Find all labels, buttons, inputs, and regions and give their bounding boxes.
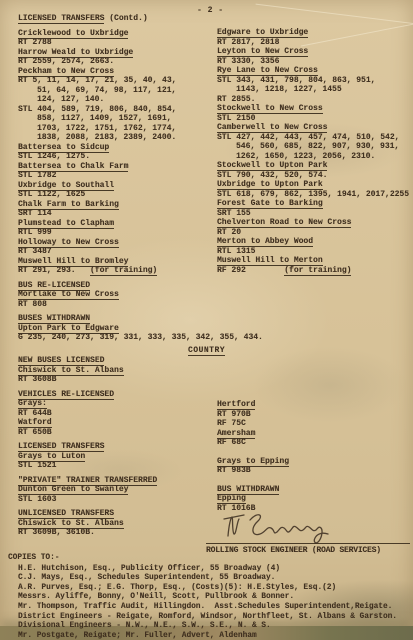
doc-line-text: RTL 999 [18,228,52,237]
doc-line: Mortlake to New Cross [18,290,204,300]
doc-line: NEW BUSES LICENSED [18,356,204,366]
doc-line: Uxbridge to Southall [18,181,204,191]
doc-line: SRT 155 [217,209,413,219]
doc-line: Camberwell to New Cross [217,123,413,133]
doc-line: RF 75C [217,419,413,429]
doc-line-text: 51, 64, 69, 74, 98, 117, 121, [37,86,176,95]
copies-header: COPIES TO:- [8,554,408,564]
doc-line: Harrow Weald to Uxbridge [18,48,204,58]
doc-line: RT 2817, 2818 [217,38,413,48]
doc-line: UNLICENSED TRANSFERS [18,509,204,519]
doc-line-text: SRT 155 [217,209,251,218]
doc-line-underlined-text: Uxbridge to Southall [18,181,114,191]
copies-line: District Engineers - Reigate, Romford, W… [18,613,408,623]
doc-line: LICENSED TRANSFERS [18,442,204,452]
doc-line-text: STL 427, 442, 443, 457, 474, 510, 542, [217,133,399,142]
country-section-header-text: COUNTRY [188,346,225,356]
doc-line: STL 1782 [18,171,204,181]
doc-line-underlined-text: Mortlake to New Cross [18,290,119,300]
copies-block: COPIES TO:- H.E. Hutchison, Esq., Public… [8,554,408,640]
doc-line-text: RT 291, 293. [18,266,90,275]
doc-line: Chiswick to St. Albans [18,366,204,376]
doc-line: STL 1603 [18,495,204,505]
doc-line-underlined-text: Watford [18,418,52,428]
doc-line: Chalk Farm to Barking [18,200,204,210]
doc-line-underlined-text: Plumstead to Clapham [18,219,114,229]
copies-line: Messrs. Ayliffe, Bonny, O'Neill, Scott, … [18,593,408,603]
doc-line-text: STL 1122, 1625 [18,190,85,199]
doc-line-underlined-text: Harrow Weald to Uxbridge [18,48,133,58]
doc-line: Amersham [217,429,413,439]
doc-line-underlined-text: Rye Lane to New Cross [217,66,318,76]
doc-line: Plumstead to Clapham [18,219,204,229]
doc-line: RT 3330, 3356 [217,57,413,67]
doc-line-text: RT 2855. [217,95,255,104]
doc-line-underlined-text: Chelverton Road to New Cross [217,218,351,228]
doc-line: RT 3609B, 3610B. [18,528,204,538]
doc-line: RF 68C [217,438,413,448]
doc-line: "PRIVATE" TRAINER TRANSFERRED [18,476,204,486]
copies-line: H.E. Hutchison, Esq., Publicity Officer,… [18,565,408,575]
doc-line: Holloway to New Cross [18,238,204,248]
doc-line-underlined-text: Grays to Epping [217,457,289,467]
doc-line-text: 124, 127, 140. [37,95,104,104]
doc-line: Muswell Hill to Merton [217,256,413,266]
doc-line-underlined-text: Stockwell to Upton Park [217,161,327,171]
paper-crease [256,4,413,26]
right-column-bottom: HertfordRT 970BRF 75CAmershamRF 68CGrays… [217,400,413,513]
doc-line-text: STL 1603 [18,495,56,504]
doc-line: Edgware to Uxbridge [217,28,413,38]
doc-line-text: RT 3487 [18,247,52,256]
doc-line-underlined-text: Grays to Luton [18,452,85,462]
doc-line: RT 3487 [18,247,204,257]
doc-line-underlined-text: Amersham [217,429,255,439]
doc-line-underlined-text: Camberwell to New Cross [217,123,327,133]
doc-line: RT 808 [18,300,204,310]
doc-line: STL 1521 [18,461,204,471]
doc-line-text: RT 2817, 2818 [217,38,279,47]
doc-line-underlined-text: BUS RE-LICENSED [18,281,90,291]
doc-line-underlined-text: BUSES WITHDRAWN [18,314,90,324]
doc-line-underlined-text: Dunton Green to Swanley [18,485,128,495]
doc-line: Epping [217,494,413,504]
doc-line-underlined-text: Cricklewood to Uxbridge [18,29,128,39]
doc-line-underlined-text: Uxbridge to Upton Park [217,180,323,190]
doc-line-text: STL 618, 679, 862, 1395, 1941, 2017,2255 [217,190,409,199]
left-column-bottom: NEW BUSES LICENSEDChiswick to St. Albans… [18,356,204,538]
doc-line: VEHICLES RE-LICENSED [18,390,204,400]
doc-line: RT 644B [18,409,204,419]
doc-line: Leyton to New Cross [217,47,413,57]
doc-line: RTL 999 [18,228,204,238]
doc-line-underlined-text: Battersea to Chalk Farm [18,162,128,172]
copies-line: Divisional Engineers - N.W., N.E., S.W.,… [18,622,408,632]
doc-line: BUS WITHDRAWN [217,485,413,495]
doc-line: STL 1246, 1275. [18,152,204,162]
doc-line: STL 2150 [217,114,413,124]
doc-line-text: RF 68C [217,438,246,447]
doc-line: RT 2855. [217,95,413,105]
doc-line: 546, 560, 685, 822, 907, 930, 931, [217,142,413,152]
doc-line: 51, 64, 69, 74, 98, 117, 121, [18,86,204,96]
doc-line: G 235, 240, 273, 319, 331, 333, 335, 342… [18,333,204,343]
doc-line: RT 5, 11, 14, 17, 21, 35, 40, 43, [18,76,204,86]
doc-line-underlined-text: Stockwell to New Cross [217,104,323,114]
doc-line: Stockwell to New Cross [217,104,413,114]
doc-line-text: 858, 1127, 1409, 1527, 1691, [37,114,171,123]
doc-line: Forest Gate to Barking [217,199,413,209]
doc-line-text: RT 983B [217,466,251,475]
doc-line: Rye Lane to New Cross [217,66,413,76]
doc-line: Hertford [217,400,413,410]
doc-line-underlined-text: Merton to Abbey Wood [217,237,313,247]
doc-line-text: RT 650B [18,428,52,437]
doc-line-underlined-text: BUS WITHDRAWN [217,485,279,495]
doc-line: RT 291, 293. (for training) [18,266,204,276]
doc-line: RF 292 (for training) [217,266,413,276]
doc-line: STL 343, 431, 798, 804, 863, 951, [217,76,413,86]
doc-line-text: RT 644B [18,409,52,418]
copies-line: C.J. Mays, Esq., Schedules Superintenden… [18,574,408,584]
doc-line: RTL 1315 [217,247,413,257]
doc-line-text: G 235, 240, 273, 319, 331, 333, 335, 342… [18,333,263,342]
doc-line-underlined-text: UNLICENSED TRANSFERS [18,509,114,519]
doc-line-text: RF 292 [217,266,284,275]
doc-line: STL 790, 432, 520, 574. [217,171,413,181]
doc-line: RT 3608B [18,375,204,385]
doc-line-underlined-text: Chiswick to St. Albans [18,519,124,529]
doc-line-underlined-text: Muswell Hill to Merton [217,256,323,266]
copies-line: Mr. Postgate, Reigate; Mr. Fuller, Adver… [18,632,408,640]
doc-line: BUS RE-LICENSED [18,281,204,291]
doc-line: RT 20 [217,228,413,238]
doc-line: Grays: [18,399,204,409]
doc-line-underlined-text: Peckham to New Cross [18,67,114,77]
doc-line: Merton to Abbey Wood [217,237,413,247]
doc-line: Peckham to New Cross [18,67,204,77]
doc-line-text: RT 3609B, 3610B. [18,528,95,537]
doc-line: RT 2559, 2574, 2663. [18,57,204,67]
doc-line: LICENSED TRANSFERS (Contd.) [18,14,204,24]
doc-line: Chelverton Road to New Cross [217,218,413,228]
doc-line: Watford [18,418,204,428]
doc-line-text: RT 20 [217,228,241,237]
doc-line-text: RT 970B [217,410,251,419]
doc-line-text: STL 790, 432, 520, 574. [217,171,327,180]
doc-line-underlined-text: Hertford [217,400,255,410]
doc-line: RT 983B [217,466,413,476]
doc-line-underlined-text: Upton Park to Edgware [18,324,119,334]
doc-line: 1703, 1722, 1751, 1762, 1774, [18,124,204,134]
doc-line-underlined-text: Grays: [18,399,47,409]
doc-line-underlined-text: Leyton to New Cross [217,47,308,57]
doc-line-underlined-text: Battersea to Sidcup [18,143,109,153]
doc-line-underlined-text: Muswell Hill to Bromley [18,257,128,267]
doc-line-text: (Contd.) [104,14,147,23]
scanned-document-page: - 2 - LICENSED TRANSFERS (Contd.)Crickle… [0,0,413,640]
doc-line-underlined-text: (for training) [90,266,157,276]
doc-line: Cricklewood to Uxbridge [18,29,204,39]
left-column-top: LICENSED TRANSFERS (Contd.)Cricklewood t… [18,14,204,343]
doc-line-underlined-text: LICENSED TRANSFERS [18,442,104,452]
doc-line: STL 404, 589, 719, 806, 840, 854, [18,105,204,115]
doc-line-underlined-text: Chiswick to St. Albans [18,366,124,376]
doc-line-text: SRT 114 [18,209,52,218]
doc-line: 124, 127, 140. [18,95,204,105]
doc-line: Battersea to Sidcup [18,143,204,153]
doc-line-text: STL 1521 [18,461,56,470]
doc-line-text: STL 404, 589, 719, 806, 840, 854, [18,105,176,114]
copies-line: A.R. Purves, Esq.; E.G. Thorp, Esq., (Co… [18,584,408,594]
doc-line: RT 2788 [18,38,204,48]
doc-line-underlined-text: Forest Gate to Barking [217,199,323,209]
doc-line-text: 1143, 1218, 1227, 1455 [236,85,342,94]
doc-line-underlined-text: Epping [217,494,246,504]
doc-line: Uxbridge to Upton Park [217,180,413,190]
doc-line-text: RF 75C [217,419,246,428]
doc-line-text: 1262, 1650, 1223, 2056, 2310. [236,152,375,161]
doc-line: Stockwell to Upton Park [217,161,413,171]
doc-line-text: RT 2559, 2574, 2663. [18,57,114,66]
doc-line: 858, 1127, 1409, 1527, 1691, [18,114,204,124]
doc-line-text: RT 3330, 3356 [217,57,279,66]
doc-line-text: 1838, 2088, 2183, 2389, 2400. [37,133,176,142]
doc-line-text: RT 808 [18,300,47,309]
doc-line: Grays to Epping [217,457,413,467]
doc-line: RT 970B [217,410,413,420]
copies-lines: H.E. Hutchison, Esq., Publicity Officer,… [8,565,408,640]
doc-line-text: STL 1782 [18,171,56,180]
doc-line-text: RT 2788 [18,38,52,47]
doc-line-underlined-text: NEW BUSES LICENSED [18,356,104,366]
doc-line: 1143, 1218, 1227, 1455 [217,85,413,95]
doc-line-text: RT 3608B [18,375,56,384]
doc-line-underlined-text: "PRIVATE" TRAINER TRANSFERRED [18,476,157,486]
doc-line: Battersea to Chalk Farm [18,162,204,172]
doc-line-underlined-text: VEHICLES RE-LICENSED [18,390,114,400]
doc-line-underlined-text: Edgware to Uxbridge [217,28,308,38]
doc-line: 1838, 2088, 2183, 2389, 2400. [18,133,204,143]
doc-line-underlined-text: LICENSED TRANSFERS [18,14,104,24]
doc-line: Muswell Hill to Bromley [18,257,204,267]
doc-line-text: 1703, 1722, 1751, 1762, 1774, [37,124,176,133]
doc-line-text: RTL 1315 [217,247,255,256]
doc-line: STL 427, 442, 443, 457, 474, 510, 542, [217,133,413,143]
doc-line: SRT 114 [18,209,204,219]
doc-line: Upton Park to Edgware [18,324,204,334]
doc-line: Dunton Green to Swanley [18,485,204,495]
doc-line: BUSES WITHDRAWN [18,314,204,324]
signature [220,509,340,547]
doc-line-text: STL 2150 [217,114,255,123]
country-section-header: COUNTRY [0,346,413,355]
doc-line-underlined-text: Chalk Farm to Barking [18,200,119,210]
doc-line: Grays to Luton [18,452,204,462]
doc-line: STL 618, 679, 862, 1395, 1941, 2017,2255 [217,190,413,200]
doc-line-text: STL 343, 431, 798, 804, 863, 951, [217,76,375,85]
doc-line-underlined-text: Holloway to New Cross [18,238,119,248]
doc-line-text: STL 1246, 1275. [18,152,90,161]
doc-line-underlined-text: (for training) [284,266,351,276]
doc-line: 1262, 1650, 1223, 2056, 2310. [217,152,413,162]
doc-line: STL 1122, 1625 [18,190,204,200]
doc-line-text: 546, 560, 685, 822, 907, 930, 931, [236,142,399,151]
doc-line-text: RT 5, 11, 14, 17, 21, 35, 40, 43, [18,76,176,85]
doc-line: RT 650B [18,428,204,438]
copies-line: Mr. Thompson, Traffic Audit, Hillingdon.… [18,603,408,613]
right-column-top: Edgware to UxbridgeRT 2817, 2818Leyton t… [217,28,413,275]
doc-line: Chiswick to St. Albans [18,519,204,529]
